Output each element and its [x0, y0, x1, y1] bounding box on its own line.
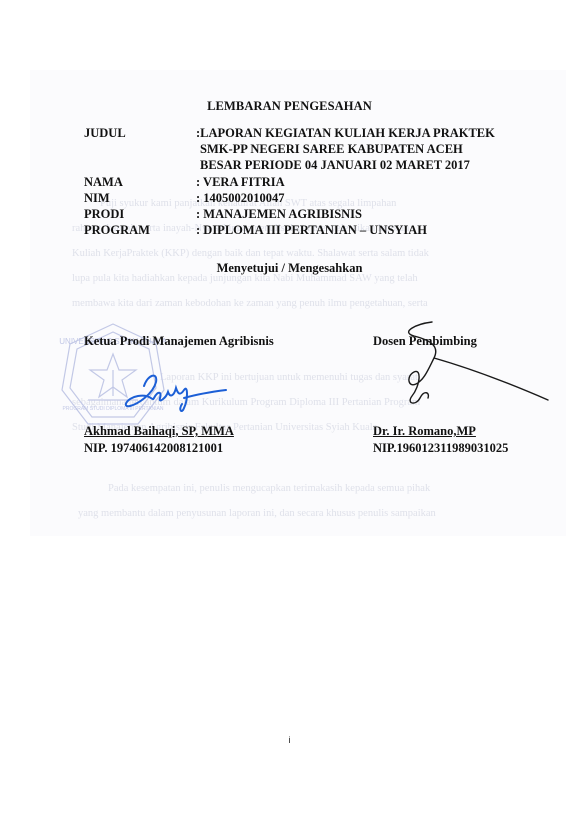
signatory-nip-left: NIP. 197406142008121001 — [84, 441, 223, 456]
field-value-program: : DIPLOMA III PERTANIAN – UNSYIAH — [196, 223, 427, 238]
approval-heading: Menyetujui / Mengesahkan — [0, 261, 579, 276]
page-title: LEMBARAN PENGESAHAN — [0, 99, 579, 114]
field-label-prodi: PRODI — [84, 207, 124, 222]
field-label-nim: NIM — [84, 191, 110, 206]
field-label-judul: JUDUL — [84, 126, 126, 141]
field-value-prodi: : MANAJEMEN AGRIBISNIS — [196, 207, 362, 222]
signatory-nip-right: NIP.196012311989031025 — [373, 441, 508, 456]
field-value-nama: : VERA FITRIA — [196, 175, 285, 190]
field-value-judul-line2: SMK-PP NEGERI SAREE KABUPATEN ACEH — [200, 142, 463, 157]
signatory-name-right: Dr. Ir. Romano,MP — [373, 424, 476, 439]
signatory-role-left: Ketua Prodi Manajemen Agribisnis — [84, 334, 274, 349]
field-label-program: PROGRAM — [84, 223, 150, 238]
signatory-name-left: Akhmad Baihaqi, SP, MMA — [84, 424, 234, 439]
signature-right-icon — [372, 318, 552, 428]
page-number: i — [0, 735, 579, 745]
field-value-judul-line1: :LAPORAN KEGIATAN KULIAH KERJA PRAKTEK — [196, 126, 495, 141]
field-label-nama: NAMA — [84, 175, 123, 190]
signature-left-icon — [118, 368, 228, 418]
bleed-line: Kuliah KerjaPraktek (KKP) dengan baik da… — [72, 248, 429, 259]
bleed-line: membawa kita dari zaman kebodohan ke zam… — [72, 298, 428, 309]
field-value-nim: : 1405002010047 — [196, 191, 285, 206]
field-value-judul-line3: BESAR PERIODE 04 JANUARI 02 MARET 2017 — [200, 158, 470, 173]
bleed-line: Pada kesempatan ini, penulis mengucapkan… — [108, 483, 430, 494]
bleed-line: yang membantu dalam penyusunan laporan i… — [78, 508, 436, 519]
